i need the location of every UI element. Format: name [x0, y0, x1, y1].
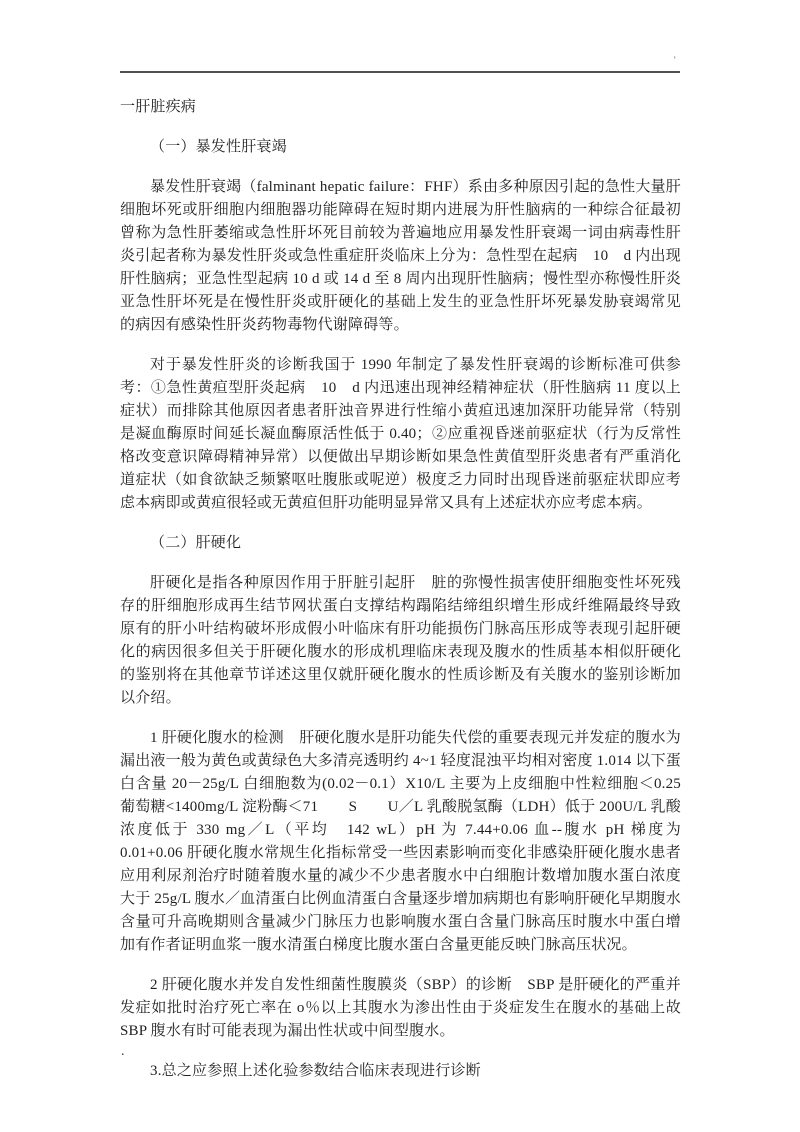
header-footnote-mark: ' [674, 56, 676, 65]
footer-period-mark: . [121, 1044, 125, 1060]
section-heading-cirrhosis: （二）肝硬化 [120, 532, 681, 555]
paragraph-sbp-diagnosis: 2 肝硬化腹水并发自发性细菌性腹膜炎（SBP）的诊断 SBP 是肝硬化的严重并发… [120, 974, 681, 1043]
document-title: 一肝脏疾病 [120, 96, 681, 119]
paragraph-fhf-definition: 暴发性肝衰竭（falminant hepatic failure：FHF）系由多… [120, 176, 681, 337]
paragraph-cirrhosis-overview: 肝硬化是指各种原因作用于肝脏引起肝 脏的弥慢性损害使肝细胞变性坏死残存的肝细胞形… [120, 572, 681, 710]
paragraph-conclusion: 3.总之应参照上述化验参数结合临床表现进行诊断 [120, 1060, 681, 1083]
section-heading-fulminant-hepatic-failure: （一）暴发性肝衰竭 [120, 136, 681, 159]
header-rule [120, 71, 680, 73]
document-content: 一肝脏疾病 （一）暴发性肝衰竭 暴发性肝衰竭（falminant hepatic… [120, 96, 681, 1100]
document-page: ' 一肝脏疾病 （一）暴发性肝衰竭 暴发性肝衰竭（falminant hepat… [0, 0, 800, 1132]
paragraph-ascites-testing: 1 肝硬化腹水的检测 肝硬化腹水是肝功能失代偿的重要表现元并发症的腹水为漏出液一… [120, 727, 681, 957]
paragraph-fhf-diagnosis-criteria: 对于暴发性肝炎的诊断我国于 1990 年制定了暴发性肝衰竭的诊断标准可供参考：①… [120, 354, 681, 515]
